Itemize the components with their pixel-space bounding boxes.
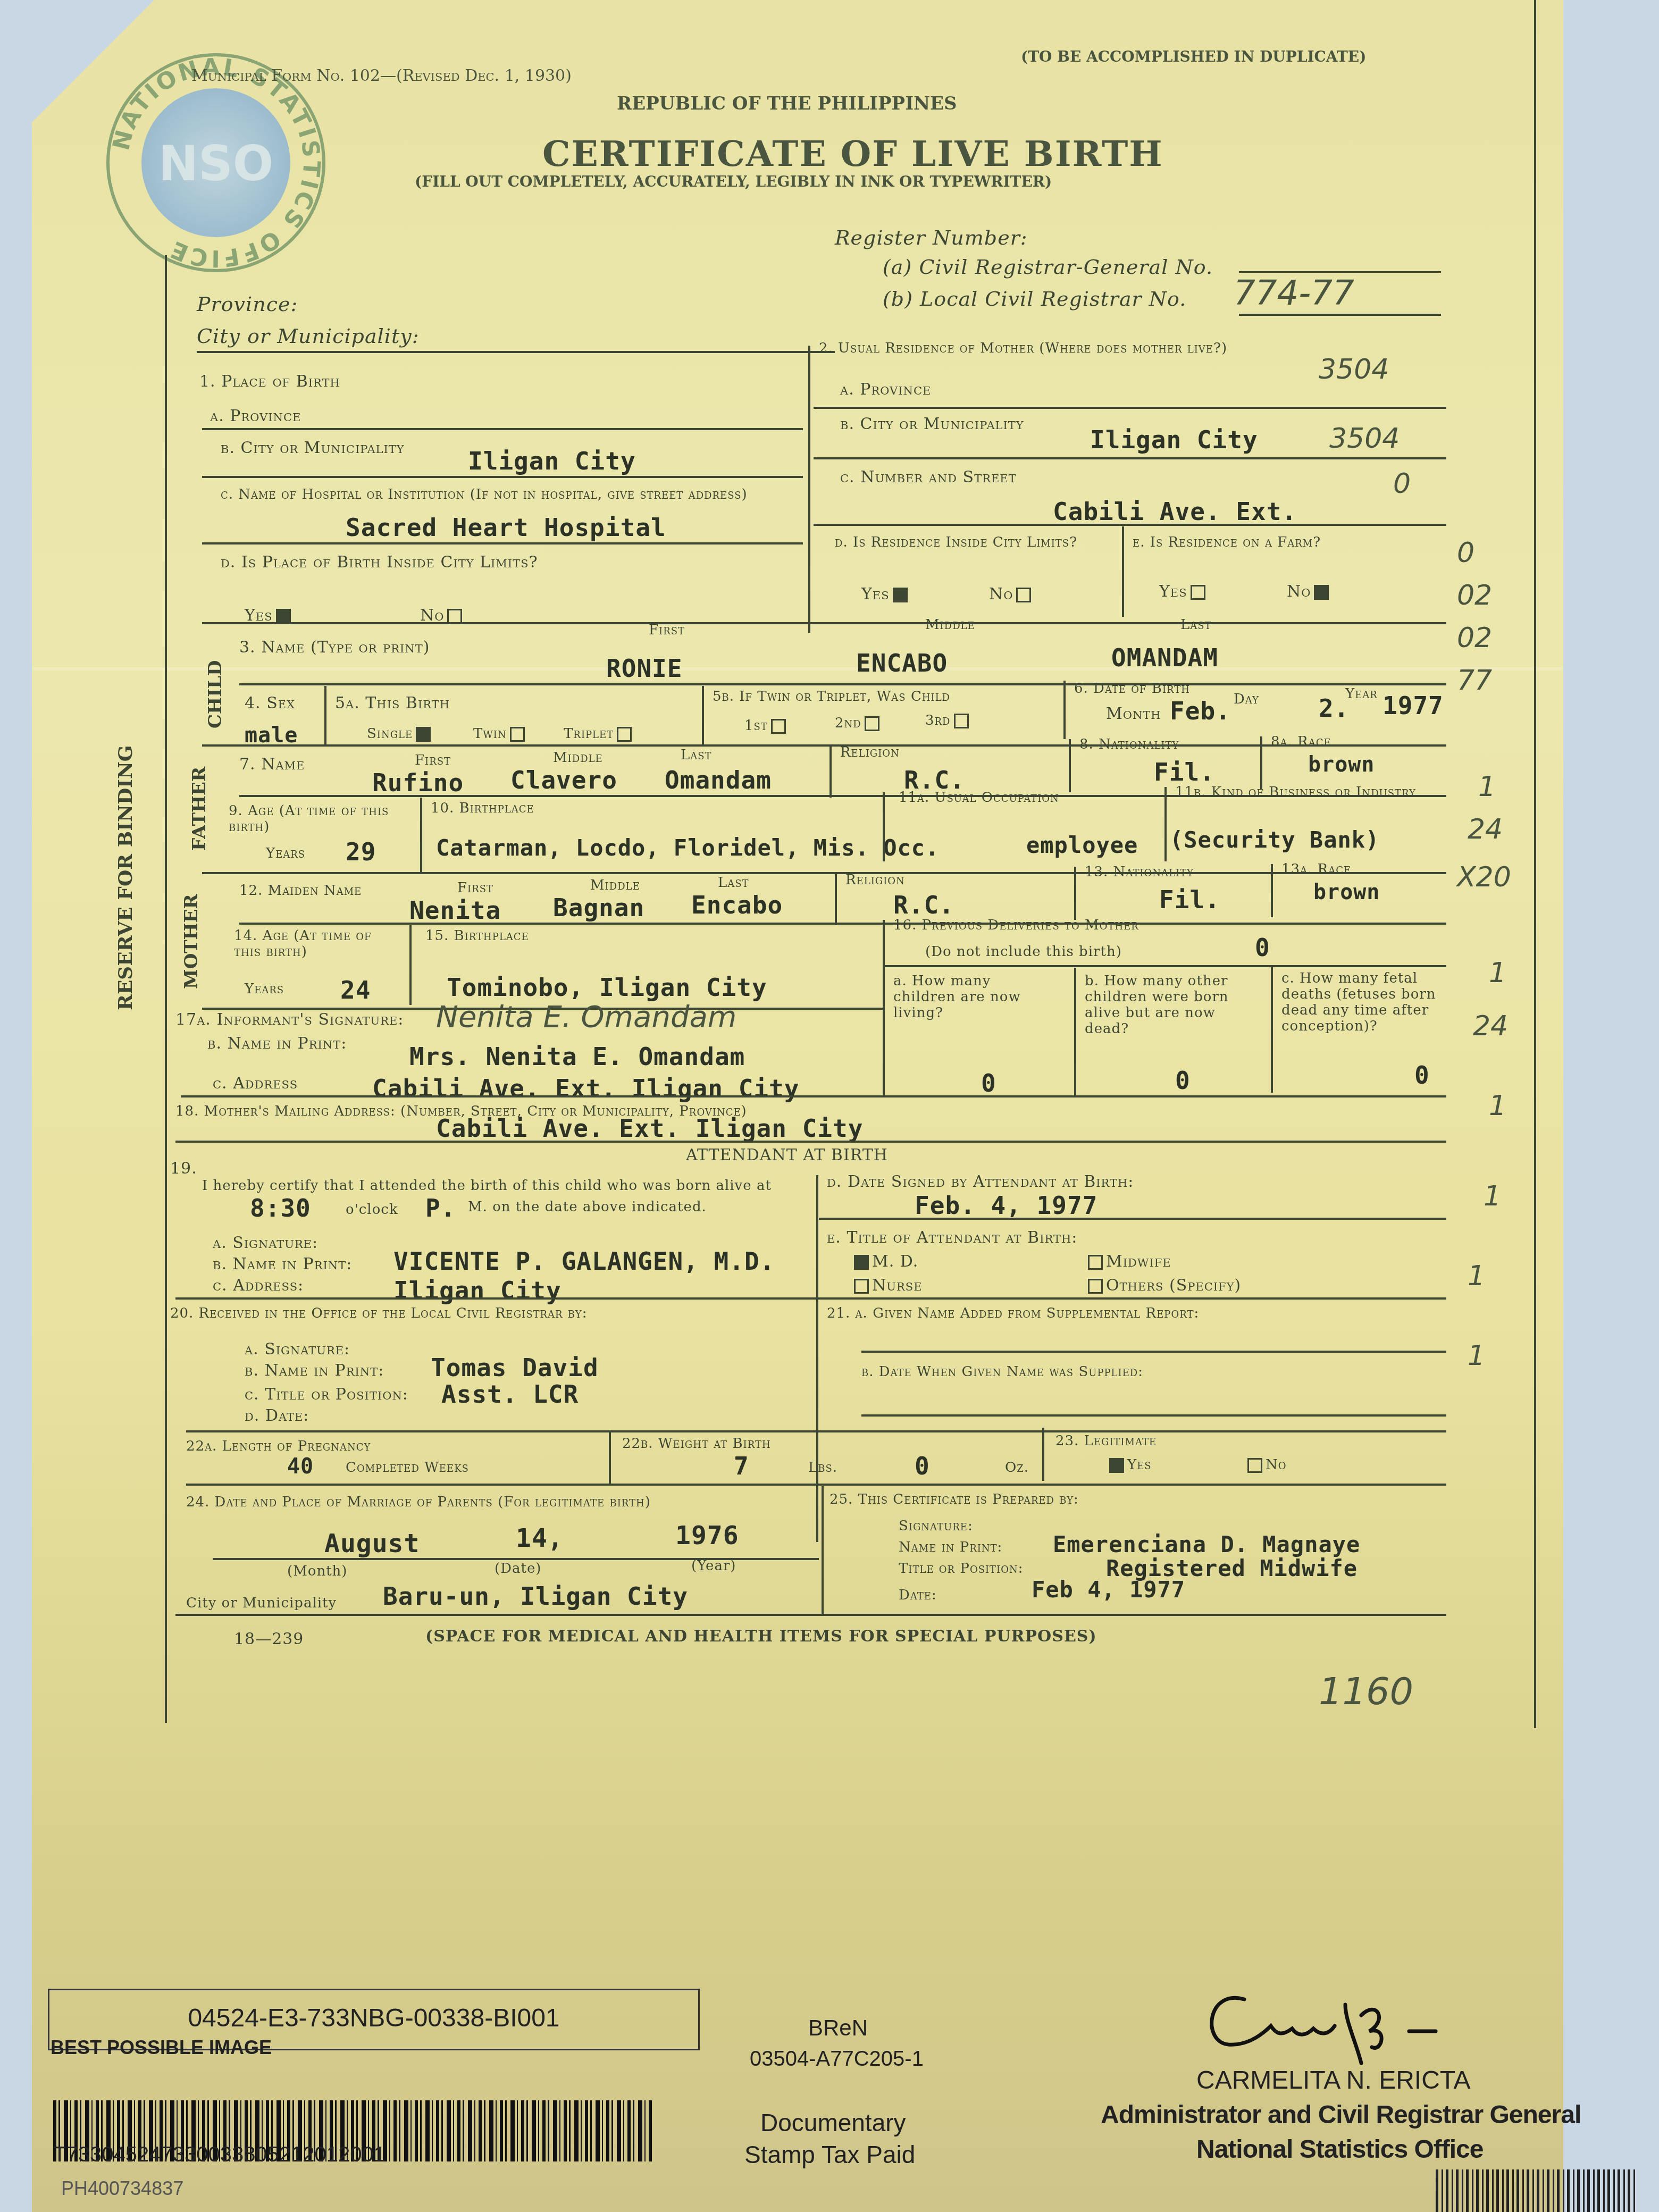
born-alive-dead-label: b. How many other children were born ali… [1085,973,1260,1037]
ph-number: PH400734837 [61,2177,183,2200]
divider [819,1218,1446,1220]
father-middle-name: Clavero [510,766,617,794]
marriage-date: 14, [516,1523,564,1553]
mr-city-value: Iligan City [1090,425,1258,454]
last-label: Last [681,747,712,763]
father-occupation: employee [1026,832,1138,858]
attendant-section-title: ATTENDANT AT BIRTH [686,1146,888,1164]
margin-code: 1 [1478,771,1496,803]
local-civil-registrar-line [1239,314,1441,316]
father-birthplace-label: 10. Birthplace [431,800,534,816]
preparer-name: Emerenciana D. Magnaye [1053,1531,1360,1557]
attendant-name-label: b. Name in Print: [213,1255,352,1273]
last-label: Last [718,875,749,891]
father-religion-label: Religion [840,744,900,760]
father-race: brown [1308,752,1375,777]
attendant-name: VICENTE P. GALANGEN, M.D. [393,1247,775,1276]
order-3rd[interactable]: 3rd [925,713,972,728]
register-number-label: Register Number: [835,226,1028,249]
checkbox-icon[interactable] [865,716,879,731]
pob-inside-city-label: d. Is Place of Birth Inside City Limits? [221,553,538,572]
mother-nationality-label: 13. Nationality [1085,864,1194,880]
birth-type-triplet[interactable]: Triplet [564,726,635,742]
year-caption: (Year) [691,1558,736,1574]
mother-section-label: MOTHER [181,894,202,989]
mother-birthplace: Tominobo, Iligan City [447,973,767,1002]
divider [202,476,803,478]
divider [808,346,810,633]
divider [186,1430,1446,1432]
divider [202,622,1446,624]
divider [883,920,885,1095]
title-nurse[interactable]: Nurse [851,1276,922,1295]
father-last-name: Omandam [665,766,772,794]
local-civil-registrar-value: 774-77 [1234,274,1354,313]
dob-day: 2. [1319,694,1349,723]
birth-time: 8:30 [250,1194,311,1222]
mr-city-code: 3504 [1329,423,1400,455]
local-civil-registrar-label: (b) Local Civil Registrar No. [883,287,1186,311]
margin-code: 1 [1468,1340,1485,1372]
mother-nationality: Fil. [1159,885,1220,914]
divider [861,1351,1446,1353]
mother-first-name: Nenita [409,896,501,925]
father-age: 29 [346,837,376,866]
divider [1122,526,1124,617]
years-label: Years [245,981,284,997]
mother-birthplace-label: 15. Birthplace [425,928,529,944]
margin-code: 24 [1473,1010,1508,1042]
checkbox-icon[interactable] [1088,1255,1103,1270]
father-occupation-label: 11a. Usual Occupation [899,790,1059,806]
pob-province-label: a. Province [210,407,301,425]
city-label: City or Municipality: [197,324,419,348]
checkbox-icon[interactable] [1191,585,1205,600]
divider [202,428,803,430]
divider [1164,787,1167,861]
dob-year: 1977 [1382,691,1444,720]
mother-religion: R.C. [893,891,954,919]
oclock-label: o'clock [346,1202,398,1218]
divider [1271,965,1273,1093]
date-signed-label: d. Date Signed by Attendant at Birth: [827,1172,1134,1191]
birth-ampm: P. [425,1194,456,1222]
middle-label: Middle [925,617,975,633]
preparer-date: Feb 4, 1977 [1032,1577,1185,1603]
previous-deliveries-note: (Do not include this birth) [925,944,1122,960]
fetal-deaths-label: c. How many fetal deaths (fetuses born d… [1281,970,1446,1034]
month-caption: (Month) [287,1563,348,1579]
bren-label: BReN [808,2015,868,2041]
margin-code: X20 [1457,861,1511,893]
father-industry-label: 11b. Kind of Business or Industry [1175,784,1416,800]
attendant-address-label: c. Address: [213,1276,304,1295]
birth-type-twin[interactable]: Twin [473,726,528,742]
civil-registrar-general-line [1239,271,1441,273]
weeks-label: Completed Weeks [346,1460,469,1476]
first-label: First [457,880,493,896]
divider [1074,867,1076,920]
certify-text: I hereby certify that I attended the bir… [202,1178,772,1194]
registrar-signature-icon [1186,1983,1547,2079]
mother-age: 24 [340,976,371,1004]
divider [175,1614,1446,1616]
page-title: CERTIFICATE OF LIVE BIRTH [542,133,1163,174]
mr-inside-city-label: d. Is Residence Inside City Limits? [835,534,1077,550]
previous-deliveries-label: 16. Previous Deliveries to Mother [893,917,1139,933]
divider [702,686,704,744]
weight-label: 22b. Weight at Birth [622,1436,771,1452]
signatory-title: Administrator and Civil Registrar Genera… [1101,2100,1581,2130]
divider [197,351,835,353]
nso-seal-icon: NATIONAL STATISTICS OFFICE NSO [106,53,325,272]
preparer-label: 25. This Certificate is Prepared by: [829,1492,1079,1507]
signatory-name: CARMELITA N. ERICTA [1196,2066,1471,2095]
pob-city-label: b. City or Municipality [221,439,405,457]
binding-label: RESERVE FOR BINDING [114,745,137,1010]
first-label: First [415,752,451,768]
duplicate-note: (TO BE ACCOMPLISHED IN DUPLICATE) [1021,48,1366,65]
margin-code: 77 [1457,665,1492,697]
divider [181,1095,1446,1097]
received-signature-label: a. Signature: [245,1340,350,1359]
instructions: (FILL OUT COMPLETELY, ACCURATELY, LEGIBL… [415,173,1052,190]
stamp-line-2: Stamp Tax Paid [744,2140,915,2169]
checkbox-icon[interactable] [1247,1458,1262,1473]
father-first-name: Rufino [372,768,464,797]
checkbox-icon[interactable] [1088,1279,1103,1294]
checkbox-checked-icon[interactable] [1314,585,1329,600]
certify-text-2: M. on the date above indicated. [468,1199,707,1215]
divider [829,744,832,798]
informant-signature-label: 17a. Informant's Signature: [175,1010,404,1029]
divider [835,872,837,925]
checkbox-checked-icon[interactable] [276,609,291,624]
right-border-line [1534,0,1536,1728]
marriage-city: Baru-un, Iligan City [383,1582,688,1611]
lbs-label: Lbs. [808,1460,837,1476]
last-label: Last [1180,617,1212,633]
received-title: Asst. LCR [441,1380,579,1409]
preparer-signature-label: Signature: [899,1518,973,1534]
divider [175,1297,1446,1300]
mr-province-label: a. Province [840,380,931,399]
divider [861,1414,1446,1417]
divider [816,1175,818,1542]
divider [186,1484,1446,1486]
best-possible-image: BEST POSSIBLE IMAGE [51,2037,272,2059]
received-name-label: b. Name in Print: [245,1361,384,1380]
divider [814,407,1446,409]
mother-last-name: Encabo [691,891,783,919]
pregnancy-length: 40 [287,1454,314,1479]
father-nationality: Fil. [1154,758,1215,786]
mother-race-label: 13a. Race [1281,861,1351,877]
binding-line [165,255,167,1723]
form-code: 18—239 [234,1630,304,1648]
legitimate-yes[interactable]: Yes [1106,1457,1152,1473]
bren-number: 03504-A77C205-1 [750,2047,924,2071]
mr-province-code: 3504 [1319,354,1389,386]
divider [609,1430,611,1484]
given-name-label: 21. a. Given Name Added from Supplementa… [827,1305,1199,1321]
divider [175,1141,1446,1143]
attendant-address: Iligan City [393,1276,562,1305]
pob-hospital-value: Sacred Heart Hospital [346,513,666,542]
checkbox-checked-icon[interactable] [854,1255,869,1270]
divider [822,1486,824,1614]
mr-city-label: b. City or Municipality [840,415,1024,433]
checkbox-checked-icon[interactable] [416,727,431,742]
legitimate-no[interactable]: No [1244,1457,1287,1473]
title-midwife[interactable]: Midwife [1085,1252,1171,1271]
father-name-label: 7. Name [239,755,305,774]
order-2nd[interactable]: 2nd [835,715,883,731]
preparer-date-label: Date: [899,1587,937,1603]
years-label: Years [266,845,305,861]
informant-address-label: c. Address [213,1074,298,1093]
seal-logo: NSO [141,136,290,192]
weight-oz: 0 [915,1452,930,1480]
mr-farm-yes[interactable]: Yes [1159,582,1209,601]
middle-label: Middle [590,877,640,893]
checkbox-icon[interactable] [771,719,786,734]
margin-code: 02 [1457,622,1492,654]
date-signed: Feb. 4, 1977 [915,1191,1097,1220]
attendant-title-label: e. Title of Attendant at Birth: [827,1228,1077,1247]
middle-label: Middle [553,750,603,766]
province-label: Province: [197,292,298,316]
divider [202,744,1446,747]
divider [202,872,1446,874]
margin-code: 1 [1468,1260,1485,1292]
preparer-title-label: Title or Position: [899,1561,1023,1577]
checkbox-checked-icon[interactable] [893,588,908,602]
father-age-label: 9. Age (At time of this birth) [229,803,404,835]
margin-code: 1 [1484,1180,1501,1212]
month-label: Month [1106,705,1161,723]
margin-code: 1 [1489,957,1506,989]
barcode-number: T733045247330033805212012001 [53,2143,386,2167]
place-of-birth-label: 1. Place of Birth [199,372,340,391]
mother-middle-name: Bagnan [553,893,644,922]
mother-race: brown [1313,880,1380,904]
mother-religion-label: Religion [845,872,905,888]
marriage-city-label: City or Municipality [186,1595,337,1611]
mailing-address: Cabili Ave. Ext. Iligan City [436,1114,863,1143]
civil-registrar-general-label: (a) Civil Registrar-General No. [883,255,1213,279]
living-children-label: a. How many children are now living? [893,973,1048,1021]
received-name: Tomas David [431,1353,599,1382]
weight-lbs: 7 [734,1452,749,1480]
dob-label: 6. Date of Birth [1074,681,1190,697]
margin-code: 24 [1468,814,1503,845]
divider [1042,1428,1044,1481]
barcode-icon [1436,2169,1638,2212]
title-md[interactable]: M. D. [851,1252,918,1271]
checkbox-icon[interactable] [854,1279,869,1294]
margin-code: 1 [1489,1090,1506,1122]
marriage-label: 24. Date and Place of Marriage of Parent… [186,1494,651,1510]
medical-space-label: (SPACE FOR MEDICAL AND HEALTH ITEMS FOR … [425,1627,1097,1646]
mr-inside-city-no[interactable]: No [989,585,1034,604]
fetal-deaths: 0 [1414,1061,1430,1090]
divider [1260,736,1262,790]
child-middle-name: ENCABO [856,649,948,677]
margin-code: 02 [1457,580,1492,611]
divider [409,925,412,1005]
informant-name: Mrs. Nenita E. Omandam [409,1042,745,1071]
checkbox-icon[interactable] [510,727,525,742]
mr-street-code: 0 [1393,468,1411,500]
divider [1271,864,1273,917]
child-first-name: RONIE [606,654,682,683]
margin-code: 0 [1457,537,1474,569]
informant-name-label: b. Name in Print: [207,1034,347,1053]
attendant-signature-label: a. Signature: [213,1234,318,1252]
mr-street-label: c. Number and Street [840,468,1017,487]
mother-age-label: 14. Age (At time of this birth) [234,928,399,960]
mr-inside-city-yes[interactable]: Yes [861,585,911,604]
pob-hospital-label: c. Name of Hospital or Institution (If n… [221,487,748,502]
date-caption: (Date) [495,1561,541,1577]
order-1st[interactable]: 1st [744,718,789,734]
given-name-date-label: b. Date When Given Name was Supplied: [861,1364,1143,1380]
divider [814,457,1446,459]
marriage-month: August [324,1529,420,1559]
born-alive-dead: 0 [1175,1066,1191,1095]
child-name-label: 3. Name (Type or print) [239,638,430,657]
divider [883,965,1446,967]
divider [883,792,885,861]
handwritten-note: 1160 [1319,1670,1413,1713]
living-children: 0 [981,1069,996,1097]
divider [324,686,326,744]
father-nationality-label: 8. Nationality [1079,736,1179,752]
divider [239,683,1446,685]
preparer-name-label: Name in Print: [899,1539,1002,1555]
father-birthplace: Catarman, Locdo, Floridel, Mis. Occ. [436,835,939,861]
mother-residence-label: 2. Usual Residence of Mother (Where does… [819,340,1227,356]
form-number: Municipal Form No. 102—(Revised Dec. 1, … [191,66,572,85]
father-section-label: FATHER [189,767,210,851]
checkbox-icon[interactable] [954,714,969,728]
first-label: First [649,622,685,638]
birth-order-label: 5b. If Twin or Triplet, Was Child [713,689,950,705]
dob-month: Feb. [1170,697,1231,725]
father-race-label: 8a. Race [1271,734,1331,750]
pob-city-value: Iligan City [468,447,636,475]
attendant-number: 19. [170,1159,197,1178]
birth-type-single[interactable]: Single [367,726,434,742]
child-section-label: CHILD [205,660,226,728]
divider [1074,968,1076,1095]
father-industry: (Security Bank) [1170,827,1379,853]
marriage-year: 1976 [675,1521,739,1551]
divider [1069,739,1071,792]
received-date-label: d. Date: [245,1406,309,1425]
day-label: Day [1234,691,1259,707]
received-label: 20. Received in the Office of the Local … [170,1305,587,1321]
divider [814,524,1446,526]
child-last-name: OMANDAM [1111,643,1218,672]
signatory-office: National Statistics Office [1196,2135,1483,2164]
divider [420,798,422,872]
received-title-label: c. Title or Position: [245,1385,408,1404]
legitimate-label: 23. Legitimate [1055,1433,1157,1449]
informant-signature: Nenita E. Omandam [436,1000,736,1034]
checkbox-checked-icon[interactable] [1109,1458,1124,1473]
mr-farm-label: e. Is Residence on a Farm? [1133,534,1321,550]
previous-deliveries: 0 [1255,933,1270,962]
title-others[interactable]: Others (Specify) [1085,1276,1241,1295]
year-label: Year [1345,686,1378,702]
mother-maiden-name-label: 12. Maiden Name [239,883,362,899]
informant-address: Cabili Ave. Ext. Iligan City [372,1074,799,1103]
oz-label: Oz. [1005,1460,1029,1476]
checkbox-icon[interactable] [447,609,462,624]
mr-farm-no[interactable]: No [1287,582,1332,601]
mr-street-value: Cabili Ave. Ext. [1053,497,1297,526]
divider [1063,681,1066,739]
checkbox-icon[interactable] [1016,588,1031,602]
checkbox-icon[interactable] [617,727,632,742]
sex-label: 4. Sex [245,694,295,713]
divider [239,923,1446,925]
birth-type-label: 5a. This Birth [335,694,450,713]
divider [202,542,803,544]
document-id: 04524-E3-733NBG-00338-BI001 [49,2004,698,2033]
pregnancy-length-label: 22a. Length of Pregnancy [186,1438,371,1454]
stamp-line-1: Documentary [760,2108,906,2137]
republic-heading: REPUBLIC OF THE PHILIPPINES [617,93,957,114]
